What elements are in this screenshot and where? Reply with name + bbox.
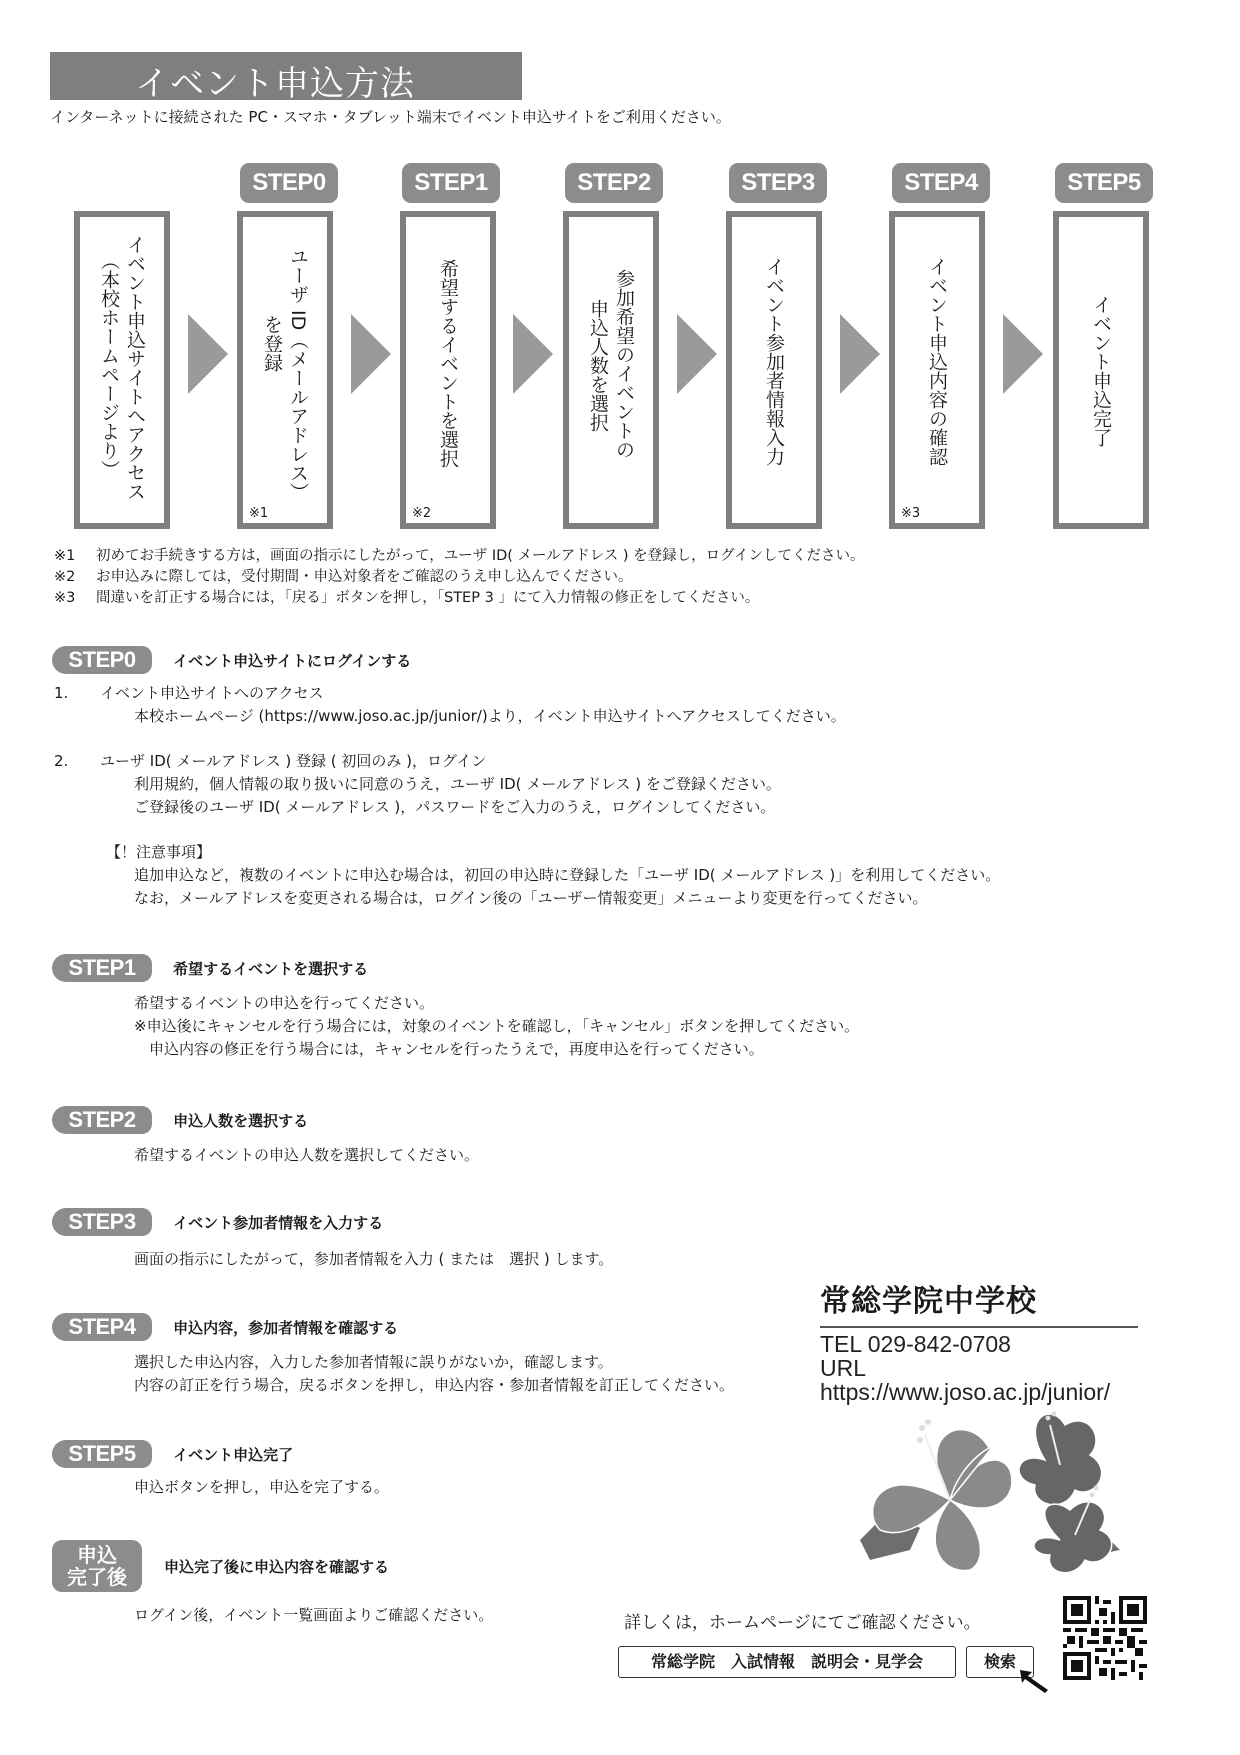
flow-arrow-icon (188, 314, 228, 394)
flow-box-line: 申込人数を選択 (587, 269, 609, 432)
step5-body: 申込ボタンを押し，申込を完了する。 (134, 1476, 389, 1499)
flow-note: ※1 (249, 506, 268, 521)
step3-body: 画面の指示にしたがって，参加者情報を入力 ( または 選択 ) します。 (134, 1248, 613, 1271)
footnote: ※3 間違いを訂正する場合には，「戻る」ボタンを押し，「STEP 3 」にて入力… (54, 588, 864, 609)
flow-box-line: イベント申込サイトへアクセス (124, 235, 146, 501)
flow-arrow-icon (677, 314, 717, 394)
flow-box-step5: イベント申込完了 (1053, 211, 1149, 529)
flow-box-line: （本校ホームページより） (98, 235, 120, 479)
flow-arrow-icon (1003, 314, 1043, 394)
intro-text: インターネットに接続された PC・スマホ・タブレット端末でイベント申込サイトをご… (50, 106, 731, 127)
school-name: 常総学院中学校 (820, 1282, 1140, 1322)
step2-body: 希望するイベントの申込人数を選択してください。 (134, 1144, 479, 1167)
flow-note: ※2 (412, 506, 431, 521)
flow-box-step1: 希望するイベントを選択 ※2 (400, 211, 496, 529)
step-badge: STEP1 (52, 954, 152, 982)
flow-footnotes: ※1 初めてお手続きする方は，画面の指示にしたがって，ユーザ ID( メールアド… (54, 546, 864, 609)
step-badge: STEP0 (52, 646, 152, 674)
section-title: 申込完了後に申込内容を確認する (164, 1556, 389, 1577)
flow-box-step4: イベント申込内容の確認 ※3 (889, 211, 985, 529)
step-badge: STEP2 (52, 1106, 152, 1134)
flow-note: ※3 (901, 506, 920, 521)
flow-arrow-icon (840, 314, 880, 394)
school-tel: TEL 029-842-0708 (820, 1332, 1140, 1356)
flow-tag-step5: STEP5 (1055, 163, 1153, 203)
flow-tag-step3: STEP3 (729, 163, 827, 203)
flow-box-line: 参加希望のイベントの (613, 269, 635, 459)
flow-box-step0: ユーザ ID（メールアドレス） を登録 ※1 (237, 211, 333, 529)
section-after: 申込 完了後 申込完了後に申込内容を確認する (52, 1540, 389, 1592)
flow-box-line: イベント参加者情報入力 (763, 257, 785, 466)
section-title: イベント参加者情報を入力する (173, 1212, 383, 1233)
after-body: ログイン後，イベント一覧画面よりご確認ください。 (134, 1604, 493, 1627)
flow-box-step2: 参加希望のイベントの 申込人数を選択 (563, 211, 659, 529)
step4-body: 選択した申込内容，入力した参加者情報に誤りがないか，確認します。 内容の訂正を行… (134, 1351, 734, 1397)
section-step2: STEP2 申込人数を選択する (52, 1106, 308, 1134)
step-badge: STEP5 (52, 1440, 152, 1468)
flow-box-line: 希望するイベントを選択 (437, 259, 459, 468)
pointer-arrow-icon (1018, 1668, 1050, 1694)
section-step1: STEP1 希望するイベントを選択する (52, 954, 368, 982)
school-contact: 常総学院中学校 TEL 029-842-0708 URL https://www… (820, 1282, 1140, 1404)
section-step5: STEP5 イベント申込完了 (52, 1440, 293, 1468)
divider (820, 1326, 1138, 1328)
search-query-box: 常総学院 入試情報 説明会・見学会 (618, 1646, 956, 1678)
section-step4: STEP4 申込内容，参加者情報を確認する (52, 1313, 398, 1341)
section-title: イベント申込完了 (173, 1444, 293, 1465)
flow-arrow-icon (351, 314, 391, 394)
flow-tag-step0: STEP0 (240, 163, 338, 203)
school-url[interactable]: URL https://www.joso.ac.jp/junior/ (820, 1356, 1140, 1404)
section-title: 申込人数を選択する (173, 1110, 308, 1131)
footnote: ※2 お申込みに際しては，受付期間・申込対象者をご確認のうえ申し込んでください。 (54, 567, 864, 588)
flow-box-access: イベント申込サイトへアクセス （本校ホームページより） (74, 211, 170, 529)
step0-body: 1.イベント申込サイトへのアクセス 本校ホームページ (https://www.… (54, 682, 1000, 910)
section-title: 希望するイベントを選択する (173, 958, 368, 979)
flow-tag-step4: STEP4 (892, 163, 990, 203)
step1-body: 希望するイベントの申込を行ってください。 ※申込後にキャンセルを行う場合には，対… (134, 992, 859, 1061)
flow-box-line: を登録 (261, 247, 283, 372)
footnote: ※1 初めてお手続きする方は，画面の指示にしたがって，ユーザ ID( メールアド… (54, 546, 864, 567)
flow-tag-step2: STEP2 (565, 163, 663, 203)
section-step0: STEP0 イベント申込サイトにログインする (52, 646, 411, 674)
after-badge: 申込 完了後 (52, 1540, 142, 1592)
flow-box-line: イベント申込内容の確認 (926, 257, 948, 466)
more-info-text: 詳しくは，ホームページにてご確認ください。 (624, 1608, 981, 1633)
page-title: イベント申込方法 (135, 56, 415, 105)
flow-arrow-icon (513, 314, 553, 394)
section-title: イベント申込サイトにログインする (173, 650, 411, 671)
section-step3: STEP3 イベント参加者情報を入力する (52, 1208, 383, 1236)
flow-box-line: ユーザ ID（メールアドレス） (287, 247, 309, 501)
flow-box-line: イベント申込完了 (1090, 295, 1112, 447)
flow-tag-step1: STEP1 (402, 163, 500, 203)
flow-box-step3: イベント参加者情報入力 (726, 211, 822, 529)
hibiscus-illustration-icon (850, 1400, 1130, 1580)
section-title: 申込内容，参加者情報を確認する (173, 1317, 398, 1338)
page-title-bar: イベント申込方法 (50, 52, 522, 100)
qr-code-icon[interactable] (1063, 1596, 1147, 1680)
caution-heading: 【！注意事項】 (54, 841, 1000, 864)
step-badge: STEP3 (52, 1208, 152, 1236)
step-badge: STEP4 (52, 1313, 152, 1341)
